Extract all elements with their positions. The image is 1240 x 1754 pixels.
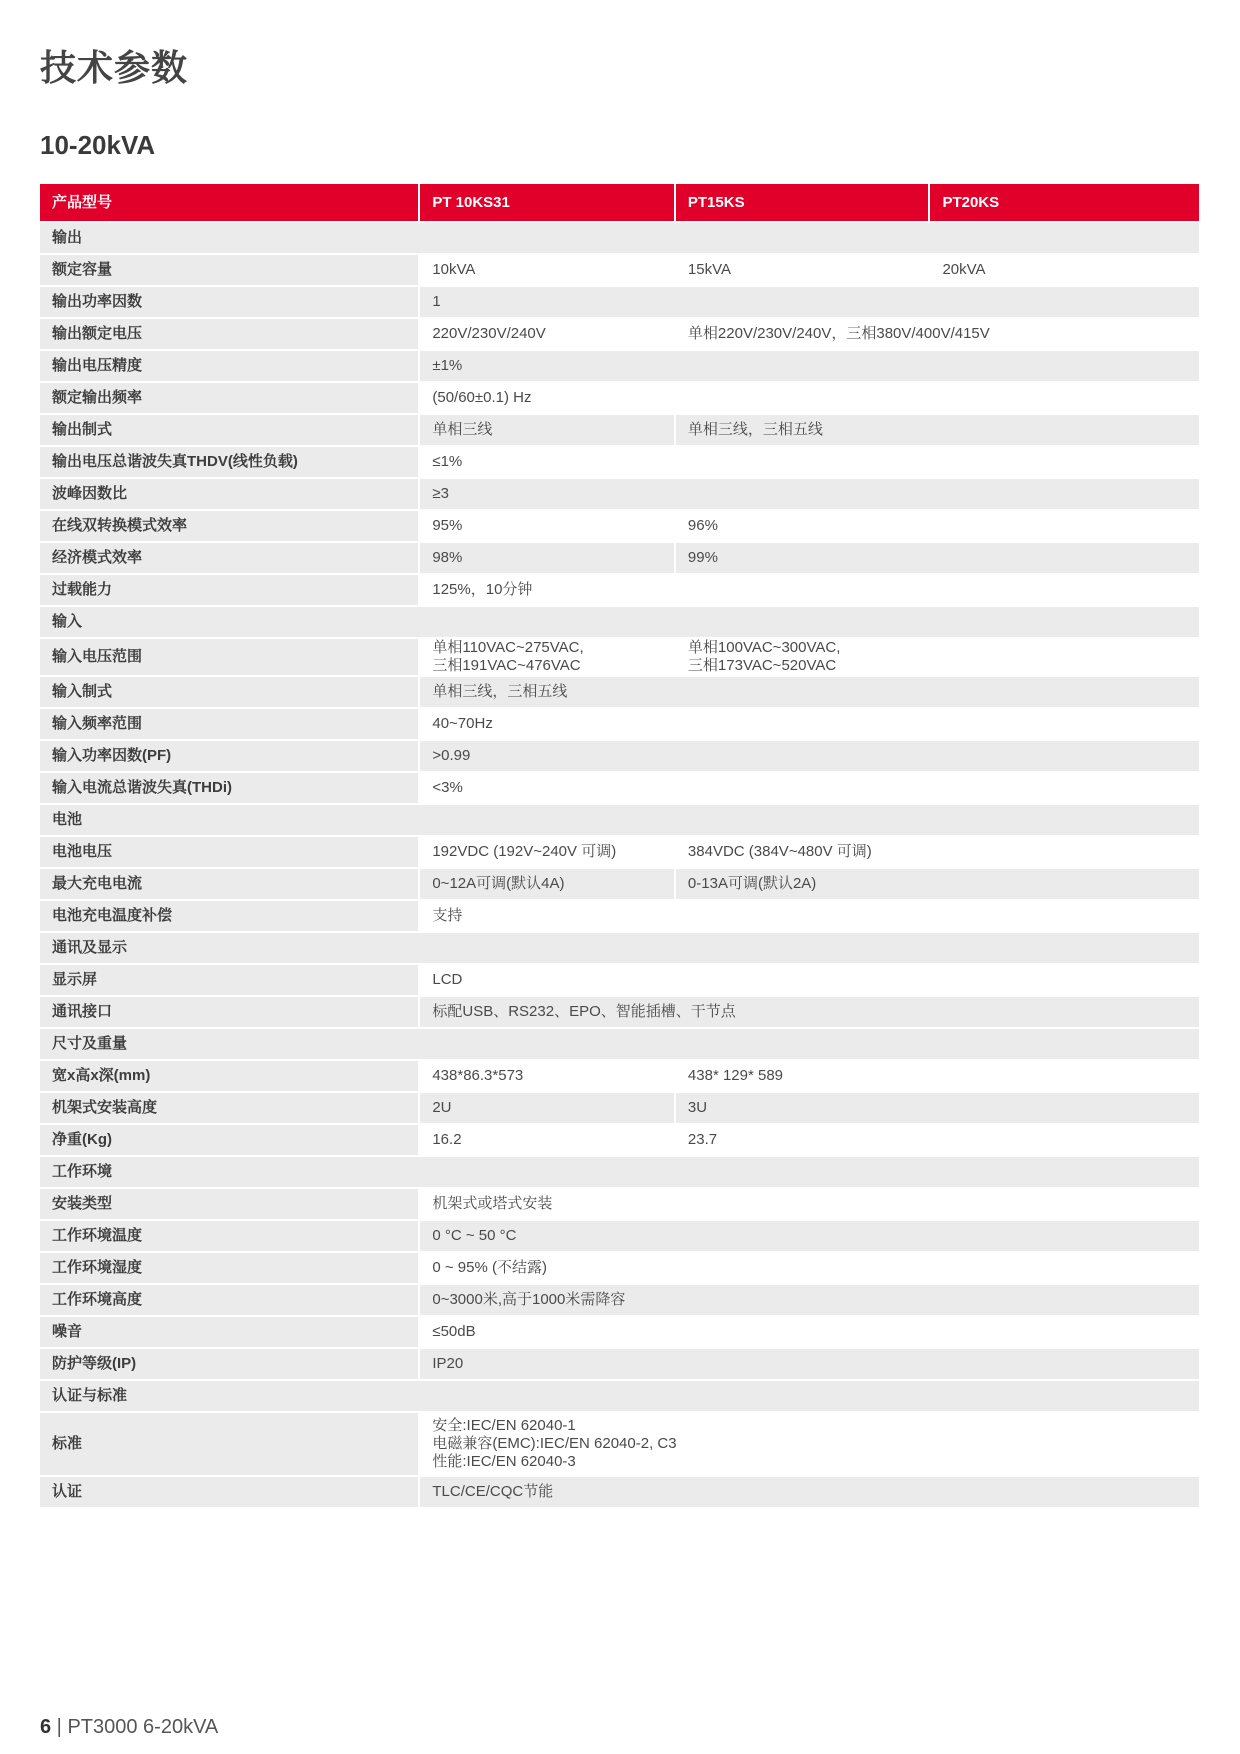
section-row-output: 输出 bbox=[40, 223, 1199, 253]
table-row: 宽x高x深(mm) 438*86.3*573 438* 129* 589 bbox=[40, 1061, 1199, 1091]
row-value: 98% bbox=[420, 543, 674, 573]
row-label: 机架式安装高度 bbox=[40, 1093, 418, 1123]
table-row: 显示屏 LCD bbox=[40, 965, 1199, 995]
row-label: 输入电流总谐波失真(THDi) bbox=[40, 773, 418, 803]
table-row: 输出额定电压 220V/230V/240V 单相220V/230V/240V，三… bbox=[40, 319, 1199, 349]
table-row: 输入功率因数(PF) >0.99 bbox=[40, 741, 1199, 771]
table-row: 净重(Kg) 16.2 23.7 bbox=[40, 1125, 1199, 1155]
table-row: 额定容量 10kVA 15kVA 20kVA bbox=[40, 255, 1199, 285]
table-row: 机架式安装高度 2U 3U bbox=[40, 1093, 1199, 1123]
row-value: TLC/CE/CQC节能 bbox=[420, 1477, 1199, 1507]
row-value: 2U bbox=[420, 1093, 674, 1123]
row-value: 0~3000米,高于1000米需降容 bbox=[420, 1285, 1199, 1315]
row-label: 工作环境高度 bbox=[40, 1285, 418, 1315]
table-row: 额定输出频率 (50/60±0.1) Hz bbox=[40, 383, 1199, 413]
table-row: 电池充电温度补偿 支持 bbox=[40, 901, 1199, 931]
row-value: 0~12A可调(默认4A) bbox=[420, 869, 674, 899]
value-line: 三相191VAC~476VAC bbox=[432, 657, 580, 675]
row-value: ±1% bbox=[420, 351, 1199, 381]
table-row: 输入电压范围 单相110VAC~275VAC, 三相191VAC~476VAC … bbox=[40, 639, 1199, 675]
row-label: 输出制式 bbox=[40, 415, 418, 445]
section-label: 认证与标准 bbox=[40, 1381, 1199, 1411]
table-row: 波峰因数比 ≥3 bbox=[40, 479, 1199, 509]
page-number: 6 bbox=[40, 1716, 51, 1738]
row-value: 10kVA bbox=[420, 255, 674, 285]
page-title: 技术参数 bbox=[40, 40, 188, 91]
row-value: 0 °C ~ 50 °C bbox=[420, 1221, 1199, 1251]
header-pt10ks31: PT 10KS31 bbox=[420, 184, 674, 221]
table-row: 输出制式 单相三线 单相三线，三相五线 bbox=[40, 415, 1199, 445]
section-row-battery: 电池 bbox=[40, 805, 1199, 835]
header-pt15ks: PT15KS bbox=[676, 184, 929, 221]
row-value: 23.7 bbox=[676, 1125, 1199, 1155]
table-header-row: 产品型号 PT 10KS31 PT15KS PT20KS bbox=[40, 184, 1199, 221]
row-label: 波峰因数比 bbox=[40, 479, 418, 509]
row-value: 单相110VAC~275VAC, 三相191VAC~476VAC bbox=[420, 639, 674, 675]
table-row: 防护等级(IP) IP20 bbox=[40, 1349, 1199, 1379]
table-row: 输入制式 单相三线，三相五线 bbox=[40, 677, 1199, 707]
spec-table: 产品型号 PT 10KS31 PT15KS PT20KS 输出 额定容量 10k… bbox=[40, 184, 1199, 1509]
table-row: 工作环境高度 0~3000米,高于1000米需降容 bbox=[40, 1285, 1199, 1315]
table-row: 输出功率因数 1 bbox=[40, 287, 1199, 317]
value-line: 单相110VAC~275VAC, bbox=[432, 639, 583, 657]
value-line: 电磁兼容(EMC):IEC/EN 62040-2, C3 bbox=[432, 1435, 676, 1453]
table-row: 工作环境湿度 0 ~ 95% (不结露) bbox=[40, 1253, 1199, 1283]
row-value: 0-13A可调(默认2A) bbox=[676, 869, 1199, 899]
table-row: 标准 安全:IEC/EN 62040-1 电磁兼容(EMC):IEC/EN 62… bbox=[40, 1413, 1199, 1475]
row-value: 16.2 bbox=[420, 1125, 674, 1155]
row-label: 电池电压 bbox=[40, 837, 418, 867]
row-label: 经济模式效率 bbox=[40, 543, 418, 573]
row-value: <3% bbox=[420, 773, 1199, 803]
row-value: 1 bbox=[420, 287, 1199, 317]
row-label: 认证 bbox=[40, 1477, 418, 1507]
row-value: 3U bbox=[676, 1093, 1199, 1123]
table-row: 输入电流总谐波失真(THDi) <3% bbox=[40, 773, 1199, 803]
row-label: 工作环境温度 bbox=[40, 1221, 418, 1251]
row-value: 0 ~ 95% (不结露) bbox=[420, 1253, 1199, 1283]
row-value: 125%，10分钟 bbox=[420, 575, 1199, 605]
table-row: 输出电压总谐波失真THDV(线性负载) ≤1% bbox=[40, 447, 1199, 477]
value-line: 性能:IEC/EN 62040-3 bbox=[432, 1453, 575, 1471]
section-label: 输入 bbox=[40, 607, 1199, 637]
row-value: (50/60±0.1) Hz bbox=[420, 383, 1199, 413]
row-label: 输入电压范围 bbox=[40, 639, 418, 675]
table-row: 输入频率范围 40~70Hz bbox=[40, 709, 1199, 739]
table-row: 过载能力 125%，10分钟 bbox=[40, 575, 1199, 605]
table-row: 安装类型 机架式或塔式安装 bbox=[40, 1189, 1199, 1219]
row-label: 输出功率因数 bbox=[40, 287, 418, 317]
table-row: 电池电压 192VDC (192V~240V 可调) 384VDC (384V~… bbox=[40, 837, 1199, 867]
row-label: 输入频率范围 bbox=[40, 709, 418, 739]
row-value: 机架式或塔式安装 bbox=[420, 1189, 1199, 1219]
footer-doc-name: PT3000 6-20kVA bbox=[67, 1716, 218, 1738]
row-value: 384VDC (384V~480V 可调) bbox=[676, 837, 1199, 867]
row-label: 在线双转换模式效率 bbox=[40, 511, 418, 541]
row-value: 单相220V/230V/240V，三相380V/400V/415V bbox=[676, 319, 1199, 349]
row-value: 20kVA bbox=[930, 255, 1199, 285]
row-label: 标准 bbox=[40, 1413, 418, 1475]
row-value: 99% bbox=[676, 543, 1199, 573]
page-footer: 6 | PT3000 6-20kVA bbox=[40, 1716, 218, 1739]
row-value: 192VDC (192V~240V 可调) bbox=[420, 837, 674, 867]
row-label: 过载能力 bbox=[40, 575, 418, 605]
row-label: 防护等级(IP) bbox=[40, 1349, 418, 1379]
row-value: 95% bbox=[420, 511, 674, 541]
section-label: 电池 bbox=[40, 805, 1199, 835]
value-line: 安全:IEC/EN 62040-1 bbox=[432, 1417, 575, 1435]
row-value: ≤1% bbox=[420, 447, 1199, 477]
row-label: 净重(Kg) bbox=[40, 1125, 418, 1155]
row-label: 工作环境湿度 bbox=[40, 1253, 418, 1283]
value-line: 三相173VAC~520VAC bbox=[688, 657, 836, 675]
row-value: 安全:IEC/EN 62040-1 电磁兼容(EMC):IEC/EN 62040… bbox=[420, 1413, 1199, 1475]
row-label: 额定容量 bbox=[40, 255, 418, 285]
table-row: 通讯接口 标配USB、RS232、EPO、智能插槽、干节点 bbox=[40, 997, 1199, 1027]
row-value: 40~70Hz bbox=[420, 709, 1199, 739]
section-label: 尺寸及重量 bbox=[40, 1029, 1199, 1059]
row-label: 输出电压精度 bbox=[40, 351, 418, 381]
row-label: 额定输出频率 bbox=[40, 383, 418, 413]
row-value: 单相三线，三相五线 bbox=[676, 415, 1199, 445]
row-value: 标配USB、RS232、EPO、智能插槽、干节点 bbox=[420, 997, 1199, 1027]
row-label: 噪音 bbox=[40, 1317, 418, 1347]
row-value: 支持 bbox=[420, 901, 1199, 931]
row-value: ≤50dB bbox=[420, 1317, 1199, 1347]
row-value: 96% bbox=[676, 511, 1199, 541]
table-row: 认证 TLC/CE/CQC节能 bbox=[40, 1477, 1199, 1507]
row-value: 单相三线 bbox=[420, 415, 674, 445]
row-value: ≥3 bbox=[420, 479, 1199, 509]
row-value: 15kVA bbox=[676, 255, 929, 285]
row-label: 电池充电温度补偿 bbox=[40, 901, 418, 931]
row-value: 单相100VAC~300VAC, 三相173VAC~520VAC bbox=[676, 639, 1199, 675]
header-pt20ks: PT20KS bbox=[930, 184, 1199, 221]
row-label: 输入功率因数(PF) bbox=[40, 741, 418, 771]
section-row-certification: 认证与标准 bbox=[40, 1381, 1199, 1411]
section-label: 通讯及显示 bbox=[40, 933, 1199, 963]
row-label: 显示屏 bbox=[40, 965, 418, 995]
value-line: 单相100VAC~300VAC, bbox=[688, 639, 840, 657]
section-row-dimensions: 尺寸及重量 bbox=[40, 1029, 1199, 1059]
section-row-input: 输入 bbox=[40, 607, 1199, 637]
row-value: IP20 bbox=[420, 1349, 1199, 1379]
row-value: >0.99 bbox=[420, 741, 1199, 771]
table-row: 噪音 ≤50dB bbox=[40, 1317, 1199, 1347]
section-title: 10-20kVA bbox=[40, 130, 155, 161]
row-label: 宽x高x深(mm) bbox=[40, 1061, 418, 1091]
table-row: 输出电压精度 ±1% bbox=[40, 351, 1199, 381]
section-label: 输出 bbox=[40, 223, 1199, 253]
row-value: 220V/230V/240V bbox=[420, 319, 674, 349]
row-label: 输入制式 bbox=[40, 677, 418, 707]
row-label: 通讯接口 bbox=[40, 997, 418, 1027]
row-value: 438* 129* 589 bbox=[676, 1061, 1199, 1091]
table-row: 最大充电电流 0~12A可调(默认4A) 0-13A可调(默认2A) bbox=[40, 869, 1199, 899]
row-value: 单相三线，三相五线 bbox=[420, 677, 1199, 707]
section-row-comm: 通讯及显示 bbox=[40, 933, 1199, 963]
row-label: 安装类型 bbox=[40, 1189, 418, 1219]
section-row-environment: 工作环境 bbox=[40, 1157, 1199, 1187]
section-label: 工作环境 bbox=[40, 1157, 1199, 1187]
footer-separator: | bbox=[51, 1716, 67, 1738]
header-model: 产品型号 bbox=[40, 184, 418, 221]
row-value: 438*86.3*573 bbox=[420, 1061, 674, 1091]
row-label: 输出电压总谐波失真THDV(线性负载) bbox=[40, 447, 418, 477]
table-row: 工作环境温度 0 °C ~ 50 °C bbox=[40, 1221, 1199, 1251]
row-value: LCD bbox=[420, 965, 1199, 995]
table-row: 经济模式效率 98% 99% bbox=[40, 543, 1199, 573]
row-label: 最大充电电流 bbox=[40, 869, 418, 899]
table-row: 在线双转换模式效率 95% 96% bbox=[40, 511, 1199, 541]
row-label: 输出额定电压 bbox=[40, 319, 418, 349]
